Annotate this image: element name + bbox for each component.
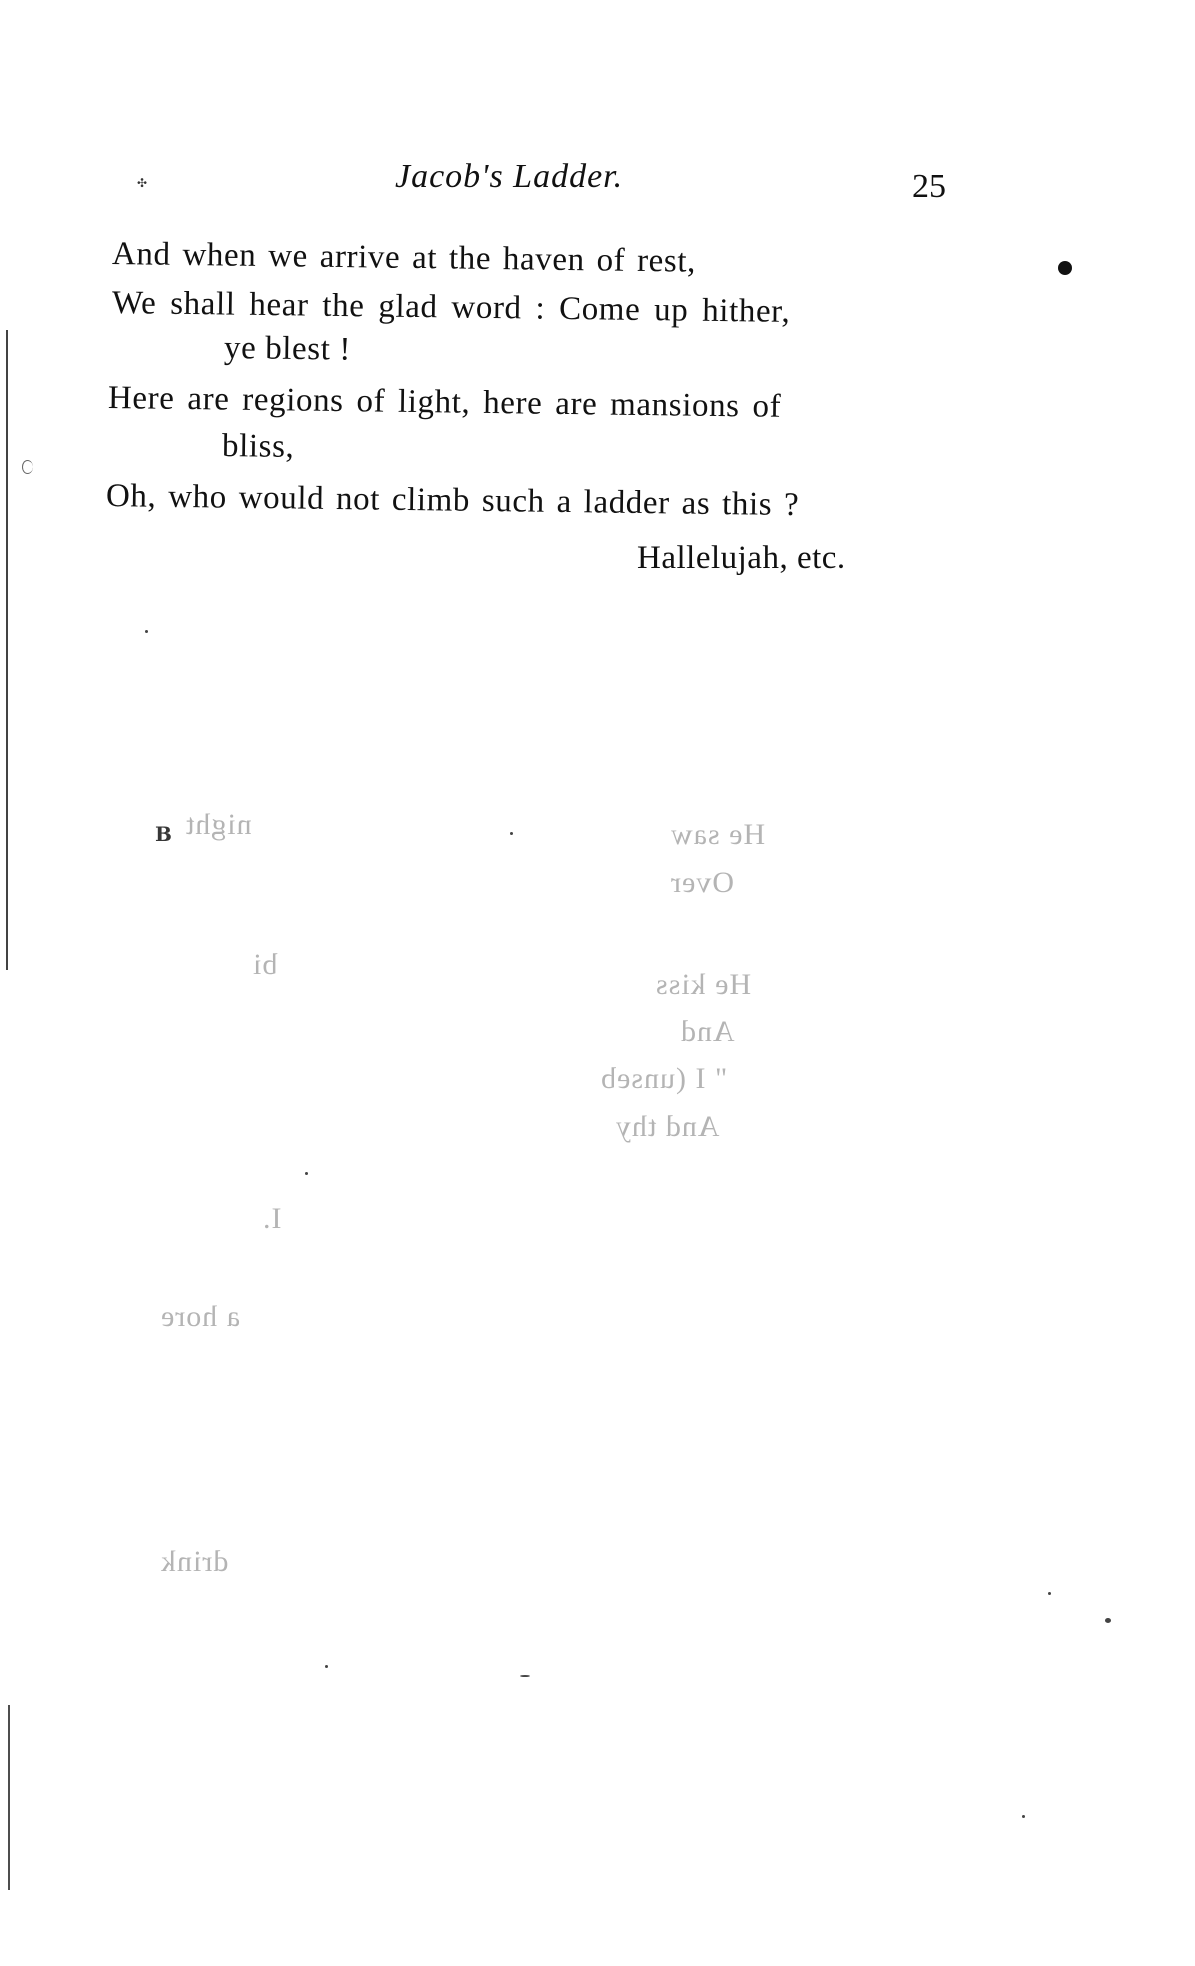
running-title: Jacob's Ladder. [395,158,623,196]
verse-line-continuation: bliss, [222,428,295,466]
verse-line: Oh, who would not climb such a ladder as… [106,478,800,524]
page-number: 25 [912,168,946,206]
scan-speck [510,832,513,835]
bleed-through-text: He kiss [655,968,751,1002]
scan-speck [1048,1592,1051,1595]
verse-line: Here are regions of light, here are mans… [108,380,782,426]
scan-speck [325,1665,328,1668]
bleed-through-marker: B [155,822,172,846]
ornament-mark: ✣ [137,176,147,190]
bleed-through-text: Over [670,866,734,900]
verse-line-continuation: ye blest ! [224,330,351,369]
bleed-through-text: " I (unseb [600,1062,727,1096]
scan-mark [22,460,33,474]
refrain: Hallelujah, etc. [637,540,846,577]
scan-speck [520,1675,530,1677]
verse-line: And when we arrive at the haven of rest, [112,236,696,281]
scan-speck [1105,1618,1111,1623]
bleed-through-text: I. [262,1202,282,1236]
bleed-through-text: drink [160,1545,228,1579]
scanned-book-page: ✣ Jacob's Ladder. 25 And when we arrive … [0,0,1195,1966]
bleed-through-text: He saw [670,818,765,852]
page-edge-shadow [8,1705,10,1890]
scan-speck [305,1172,308,1175]
scan-speck [145,630,148,633]
page-edge-shadow [6,330,8,970]
verse-line: We shall hear the glad word : Come up hi… [112,285,791,331]
bleed-through-text: bi [252,948,277,982]
bleed-through-text: And thy [615,1110,720,1144]
bleed-through-text: night [185,808,252,842]
ink-blot [1058,261,1072,275]
scan-speck [1022,1815,1025,1818]
bleed-through-text: And [680,1015,735,1049]
bleed-through-text: a hore [160,1300,240,1334]
